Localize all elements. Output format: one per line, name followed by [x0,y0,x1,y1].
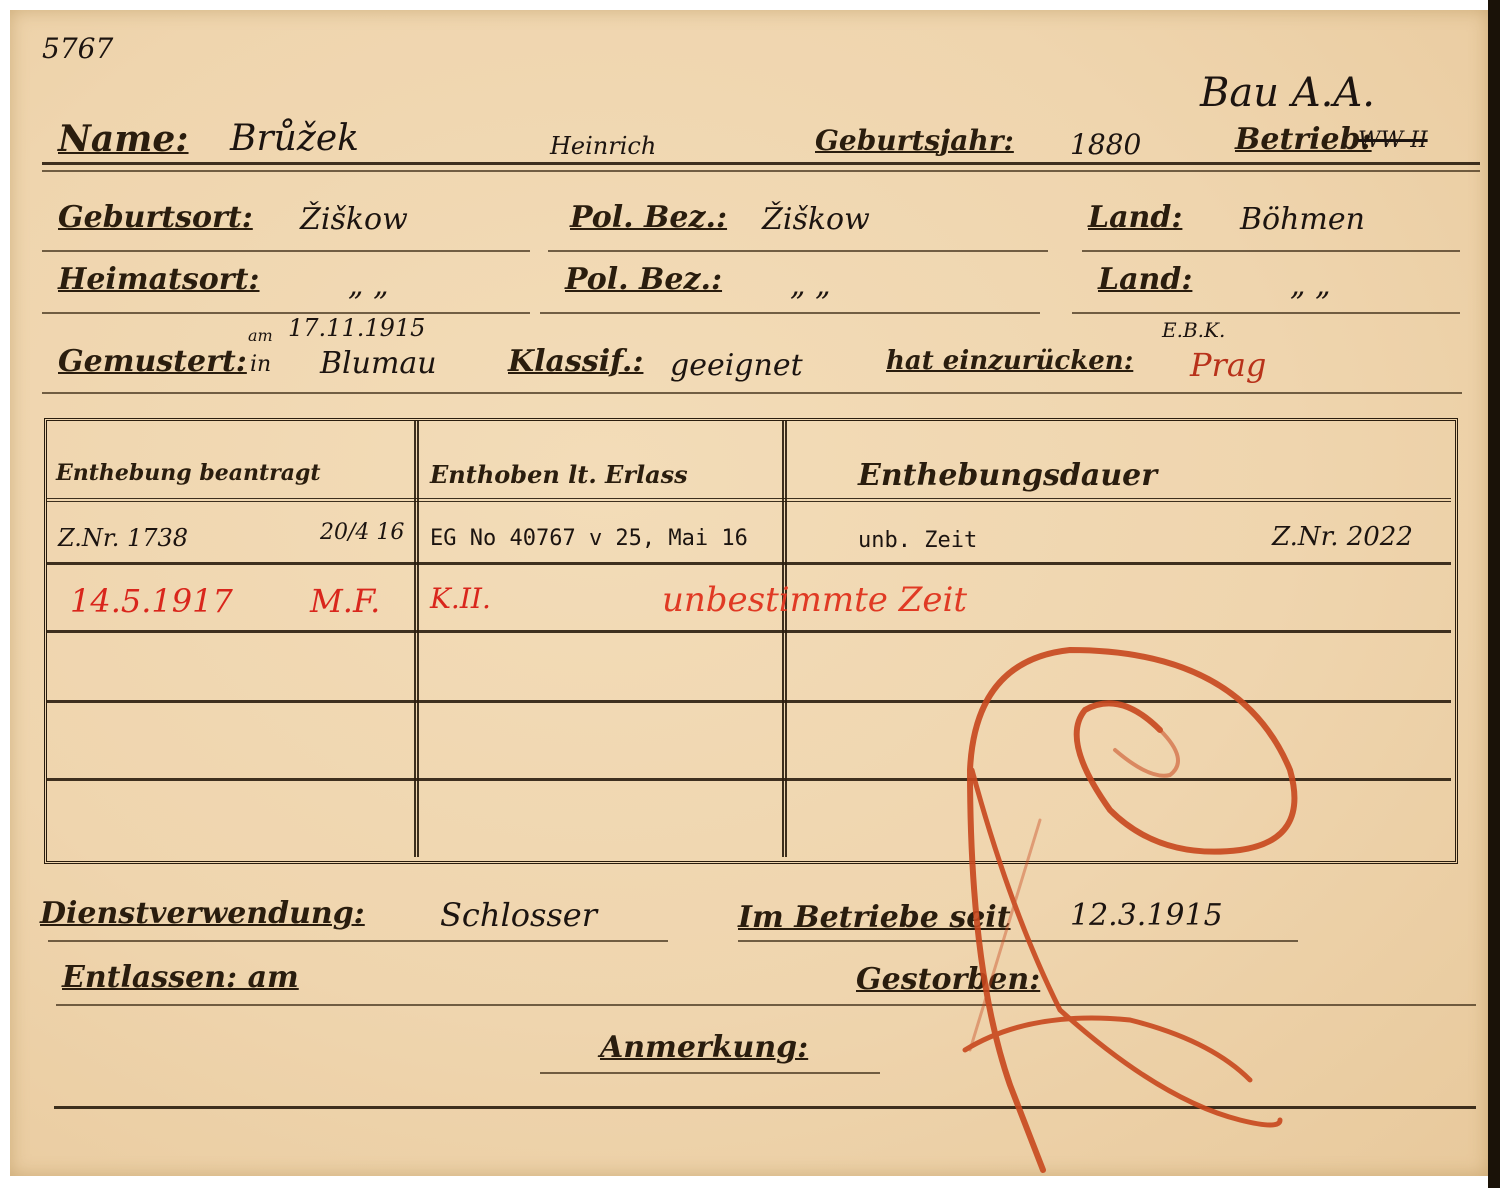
red-crayon-mark-icon [10,10,1488,1176]
scan-edge [1488,0,1500,1188]
registration-card: 5767 Bau A.A. Name: Brůžek Heinrich Gebu… [10,10,1488,1176]
